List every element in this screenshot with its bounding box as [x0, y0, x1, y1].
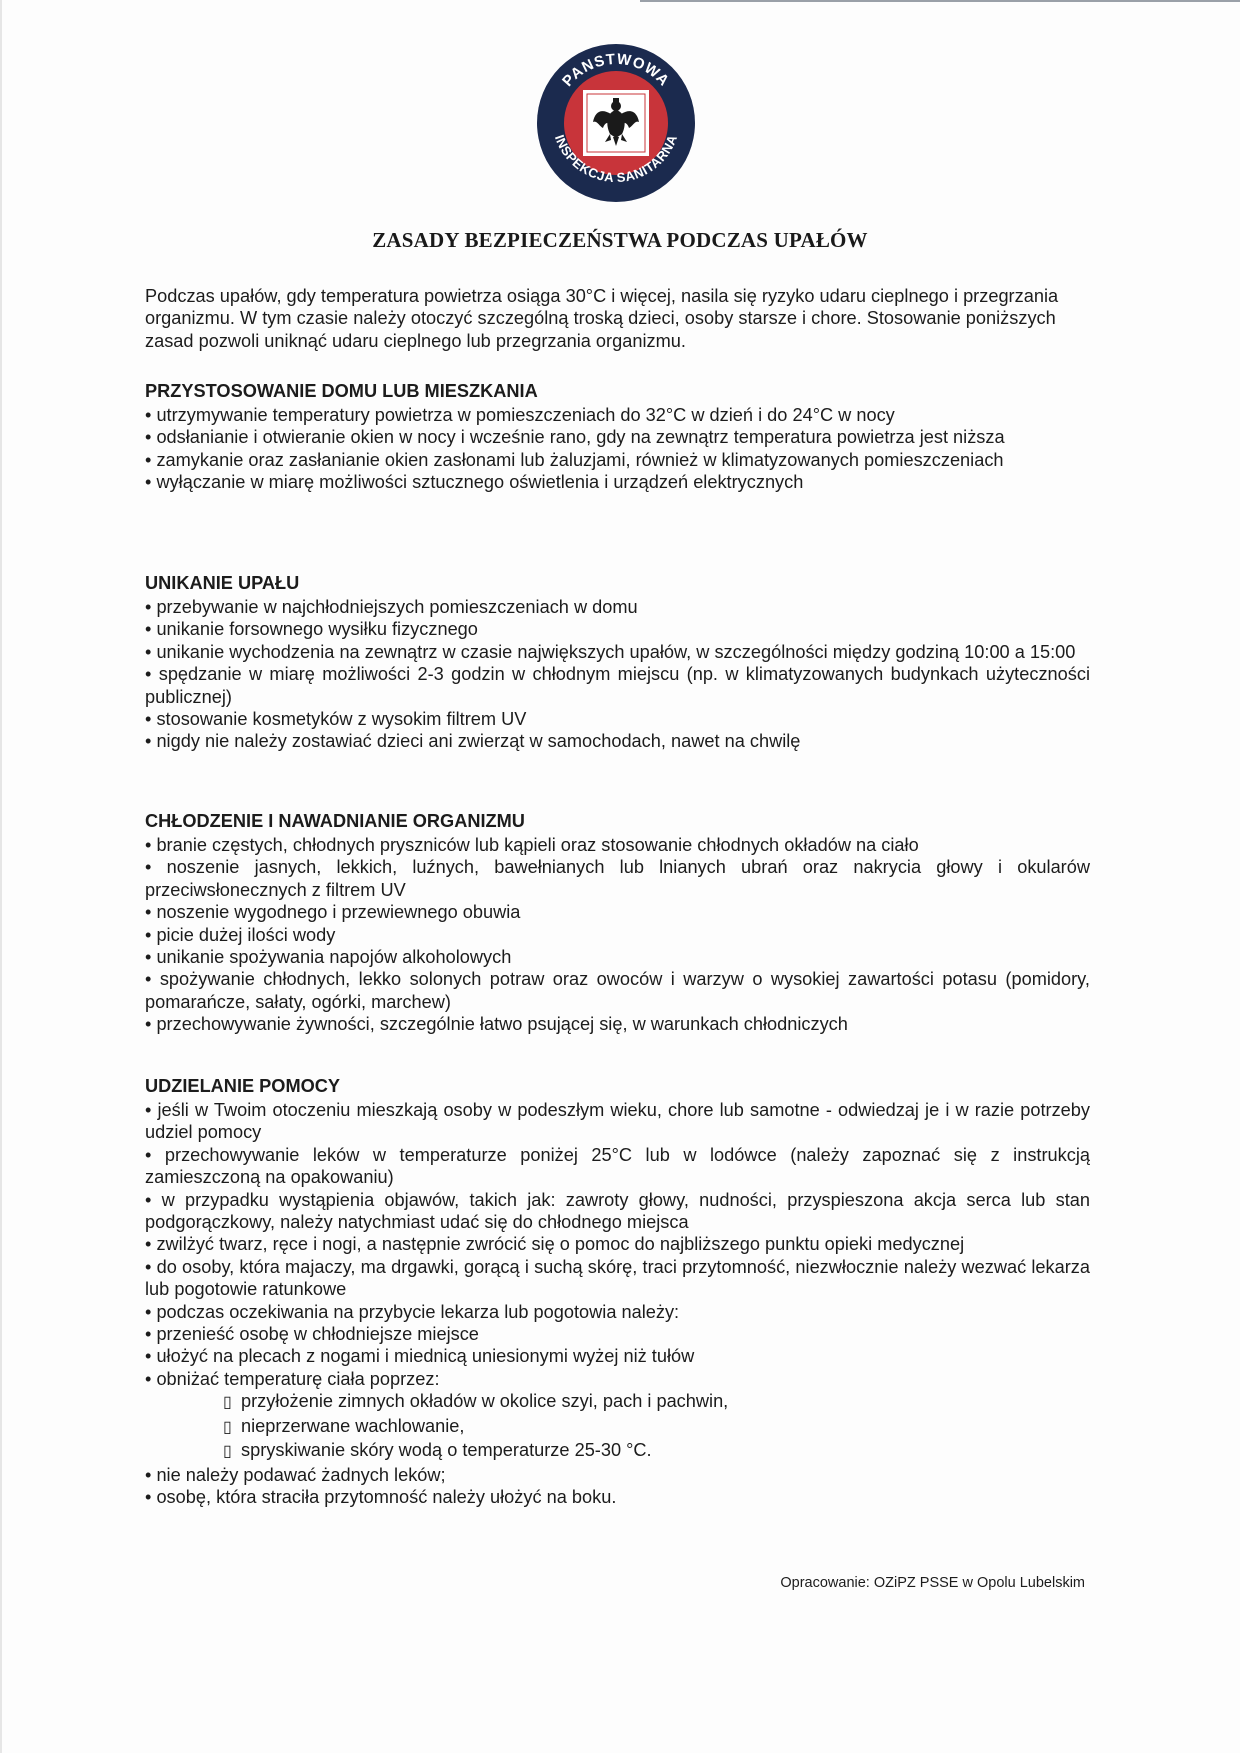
section-list: • utrzymywanie temperatury powietrza w p…: [145, 404, 1090, 494]
list-item: • unikanie forsownego wysiłku fizycznego: [145, 618, 1090, 640]
polish-eagle-emblem-icon: PANSTWOWA INSPEKCJA SANITARNA: [535, 42, 697, 204]
list-item: • osobę, która straciła przytomność nale…: [145, 1486, 1090, 1508]
list-item: • unikanie spożywania napojów alkoholowy…: [145, 946, 1090, 968]
scan-edge: [0, 0, 2, 1753]
list-item: • podczas oczekiwania na przybycie lekar…: [145, 1301, 1090, 1323]
document-page: PANSTWOWA INSPEKCJA SANITARNA ZASADY BEZ…: [0, 0, 1240, 1753]
list-item: • przechowywanie żywności, szczególnie ł…: [145, 1013, 1090, 1035]
list-item: • nie należy podawać żadnych leków;: [145, 1464, 1090, 1486]
bullet-icon: •: [145, 1369, 151, 1389]
list-item: • zamykanie oraz zasłanianie okien zasło…: [145, 449, 1090, 471]
list-item: • przechowywanie leków w temperaturze po…: [145, 1144, 1090, 1189]
bullet-icon: •: [145, 969, 151, 989]
footer-credit: Opracowanie: OZiPZ PSSE w Opolu Lubelski…: [780, 1575, 1085, 1591]
bullet-icon: •: [145, 405, 151, 425]
list-item: • ułożyć na plecach z nogami i miednicą …: [145, 1345, 1090, 1367]
list-item: • zwilżyć twarz, ręce i nogi, a następni…: [145, 1233, 1090, 1255]
list-item: • wyłączanie w miarę możliwości sztuczne…: [145, 471, 1090, 493]
bullet-icon: •: [145, 1145, 151, 1165]
list-item: • do osoby, która majaczy, ma drgawki, g…: [145, 1256, 1090, 1301]
bullet-icon: •: [145, 1346, 151, 1366]
bullet-icon: •: [145, 1014, 151, 1034]
box-bullet-icon: ▯: [223, 1441, 241, 1463]
list-item: • spożywanie chłodnych, lekko solonych p…: [145, 968, 1090, 1013]
bullet-icon: •: [145, 925, 151, 945]
bullet-icon: •: [145, 619, 151, 639]
section-list: • jeśli w Twoim otoczeniu mieszkają osob…: [145, 1099, 1090, 1508]
list-item: • w przypadku wystąpienia objawów, takic…: [145, 1189, 1090, 1234]
intro-paragraph: Podczas upałów, gdy temperatura powietrz…: [145, 285, 1090, 352]
sub-list-item: ▯spryskiwanie skóry wodą o temperaturze …: [145, 1439, 1090, 1463]
bullet-icon: •: [145, 1324, 151, 1344]
bullet-icon: •: [145, 642, 151, 662]
bullet-icon: •: [145, 947, 151, 967]
list-item: • stosowanie kosmetyków z wysokim filtre…: [145, 708, 1090, 730]
list-item: • spędzanie w miarę możliwości 2-3 godzi…: [145, 663, 1090, 708]
list-item: • noszenie jasnych, lekkich, luźnych, ba…: [145, 856, 1090, 901]
list-item: • przebywanie w najchłodniejszych pomies…: [145, 596, 1090, 618]
list-item: • odsłanianie i otwieranie okien w nocy …: [145, 426, 1090, 448]
bullet-icon: •: [145, 731, 151, 751]
bullet-icon: •: [145, 597, 151, 617]
section-cooling-hydration: CHŁODZENIE I NAWADNIANIE ORGANIZMU • bra…: [145, 810, 1090, 1036]
bullet-icon: •: [145, 1257, 151, 1277]
section-heading: CHŁODZENIE I NAWADNIANIE ORGANIZMU: [145, 810, 1090, 833]
section-avoiding-heat: UNIKANIE UPAŁU • przebywanie w najchłodn…: [145, 572, 1090, 753]
list-item: • obniżać temperaturę ciała poprzez:: [145, 1368, 1090, 1390]
bullet-icon: •: [145, 1190, 151, 1210]
section-heading: UDZIELANIE POMOCY: [145, 1075, 1090, 1098]
section-first-aid: UDZIELANIE POMOCY • jeśli w Twoim otocze…: [145, 1075, 1090, 1508]
list-item: • picie dużej ilości wody: [145, 924, 1090, 946]
bullet-icon: •: [145, 1465, 151, 1485]
scan-edge: [640, 0, 1240, 2]
bullet-icon: •: [145, 709, 151, 729]
list-item: • nigdy nie należy zostawiać dzieci ani …: [145, 730, 1090, 752]
section-heading: PRZYSTOSOWANIE DOMU LUB MIESZKANIA: [145, 380, 1090, 403]
bullet-icon: •: [145, 472, 151, 492]
list-item: • branie częstych, chłodnych pryszniców …: [145, 834, 1090, 856]
list-item: • jeśli w Twoim otoczeniu mieszkają osob…: [145, 1099, 1090, 1144]
bullet-icon: •: [145, 1487, 151, 1507]
bullet-icon: •: [145, 1302, 151, 1322]
bullet-icon: •: [145, 1100, 151, 1120]
bullet-icon: •: [145, 857, 151, 877]
section-list: • przebywanie w najchłodniejszych pomies…: [145, 596, 1090, 753]
bullet-icon: •: [145, 450, 151, 470]
box-bullet-icon: ▯: [223, 1392, 241, 1414]
intro-text: Podczas upałów, gdy temperatura powietrz…: [145, 285, 1090, 352]
sub-list-item: ▯przyłożenie zimnych okładów w okolice s…: [145, 1390, 1090, 1414]
section-list: • branie częstych, chłodnych pryszniców …: [145, 834, 1090, 1036]
box-bullet-icon: ▯: [223, 1417, 241, 1439]
list-item: • unikanie wychodzenia na zewnątrz w cza…: [145, 641, 1090, 663]
list-item: • przenieść osobę w chłodniejsze miejsce: [145, 1323, 1090, 1345]
section-heading: UNIKANIE UPAŁU: [145, 572, 1090, 595]
bullet-icon: •: [145, 835, 151, 855]
list-item: • noszenie wygodnego i przewiewnego obuw…: [145, 901, 1090, 923]
bullet-icon: •: [145, 427, 151, 447]
section-home-adaptation: PRZYSTOSOWANIE DOMU LUB MIESZKANIA • utr…: [145, 380, 1090, 494]
pis-logo: PANSTWOWA INSPEKCJA SANITARNA: [535, 42, 697, 204]
sub-list-item: ▯nieprzerwane wachlowanie,: [145, 1415, 1090, 1439]
page-title: ZASADY BEZPIECZEŃSTWA PODCZAS UPAŁÓW: [0, 228, 1240, 253]
list-item: • utrzymywanie temperatury powietrza w p…: [145, 404, 1090, 426]
bullet-icon: •: [145, 1234, 151, 1254]
bullet-icon: •: [145, 664, 151, 684]
bullet-icon: •: [145, 902, 151, 922]
